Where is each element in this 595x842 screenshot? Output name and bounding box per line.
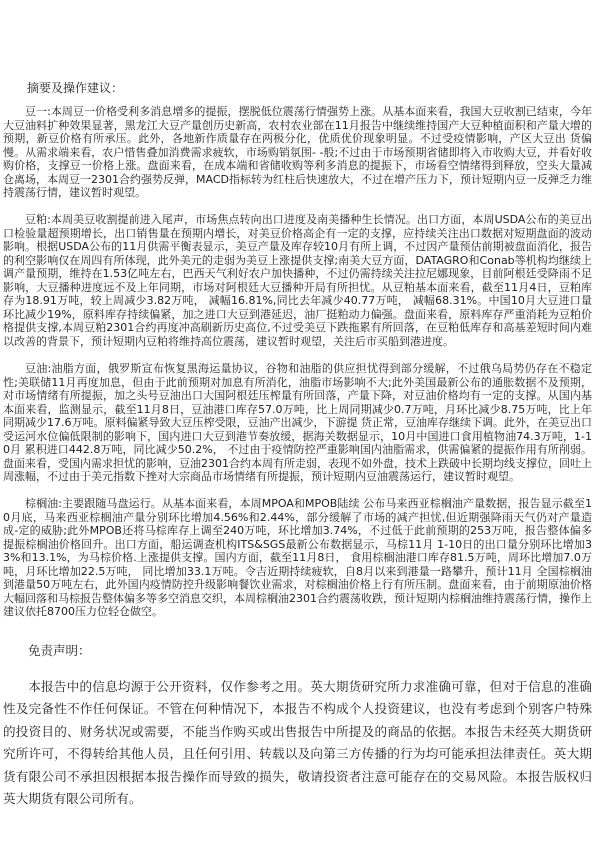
- summary-paragraph-palm-oil: 棕榈油:主要跟随马盘运行。从基本面来看，本周MPOA和MPOB陆续 公布马来西亚…: [3, 497, 592, 619]
- summary-paragraph-soybean: 豆一:本周豆一价格受利多消息增多的提振，摆脱低位震荡行情强势上涨。从基本面来看，…: [3, 105, 592, 200]
- disclaimer-paragraph: 本报告中的信息均源于公开资料，仅作参考之用。英大期货研究所力求准确可靠，但对于信…: [3, 676, 592, 810]
- disclaimer-heading: 免责声明：: [3, 643, 592, 659]
- summary-paragraph-soybean-oil: 豆油:油脂方面，俄罗斯宣布恢复黑海运量协议，谷物和油脂的供应担忧得到部分缓解，不…: [3, 362, 592, 484]
- summary-paragraph-soybean-meal: 豆粕:本周美豆收割提前进入尾声，市场焦点转向出口进度及南美播种生长情况。出口方面…: [3, 213, 592, 348]
- report-page: 摘要及操作建议： 豆一:本周豆一价格受利多消息增多的提振，摆脱低位震荡行情强势上…: [0, 0, 595, 842]
- summary-heading: 摘要及操作建议：: [3, 81, 592, 96]
